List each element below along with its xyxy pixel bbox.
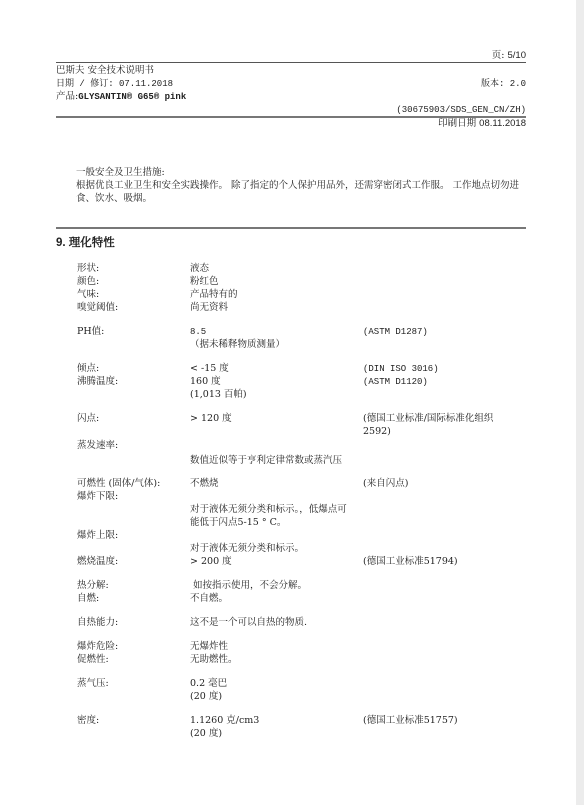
property-value: 数值近似等于亨利定律常数或蒸汽压 <box>190 455 342 467</box>
property-value-note: (20 度) <box>190 691 222 703</box>
property-method: (DIN ISO 3016) <box>363 363 439 375</box>
property-label: 蒸气压: <box>77 678 109 690</box>
property-label: 沸腾温度: <box>77 376 118 388</box>
property-label: 嗅觉阈值: <box>77 302 118 314</box>
property-method: (德国工业标准51794) <box>363 556 458 568</box>
property-value-note: (20 度) <box>190 728 222 740</box>
section-rule <box>56 227 526 229</box>
hygiene-text: 根据优良工业卫生和安全实践操作。 除了指定的个人保护用品外，还需穿密闭式工作服。… <box>76 179 526 205</box>
property-label: 爆炸危险: <box>77 641 118 653</box>
property-value: > 200 度 <box>190 556 232 568</box>
print-date-label: 印刷日期 <box>438 118 476 129</box>
property-value: 粉红色 <box>190 276 219 288</box>
property-value: 1.1260 克/cm3 <box>190 715 259 727</box>
property-value: 无助燃性。 <box>190 654 238 666</box>
property-label: 蒸发速率: <box>77 440 118 452</box>
property-method-cont: 2592) <box>363 426 391 438</box>
property-value: 液态 <box>190 263 209 275</box>
property-value-cont: 能低于闪点5-15 ° C。 <box>190 517 286 529</box>
property-value: 尚无资料 <box>190 302 228 314</box>
document-code: (30675903/SDS_GEN_CN/ZH) <box>330 104 526 116</box>
property-method: (德国工业标准51757) <box>363 715 458 727</box>
property-method: (ASTM D1287) <box>363 326 428 338</box>
page-value: 5/10 <box>508 50 527 61</box>
property-label: 倾点: <box>77 363 99 375</box>
property-label: 形状: <box>77 263 99 275</box>
company-doc-title: 巴斯夫 安全技术说明书 <box>56 65 154 77</box>
property-label: 自热能力: <box>77 617 118 629</box>
property-label: 自燃: <box>77 593 99 605</box>
property-value: 产品特有的 <box>190 289 238 301</box>
property-value: 0.2 毫巴 <box>190 678 227 690</box>
property-value: 160 度 <box>190 376 221 388</box>
property-value: < -15 度 <box>190 363 229 375</box>
property-label: 可燃性 (固体/气体): <box>77 478 160 490</box>
product-name: GLYSANTIN® G65® pink <box>78 92 186 102</box>
property-value: 8.5 <box>190 326 206 338</box>
section-9-title: 9. 理化特性 <box>56 234 115 250</box>
property-label: 爆炸下限: <box>77 491 118 503</box>
print-date-value: 08.11.2018 <box>479 118 526 129</box>
property-value-note: (1,013 百帕) <box>190 389 247 401</box>
property-value: 对于液体无须分类和标示。，低爆点可 <box>190 504 347 516</box>
property-value: 不自燃。 <box>190 593 228 605</box>
property-label: 闪点: <box>77 413 99 425</box>
header-top-rule <box>56 62 526 63</box>
page-label: 页: <box>492 50 505 61</box>
property-label: 密度: <box>77 715 99 727</box>
product-line: 产品:GLYSANTIN® G65® pink <box>56 91 186 103</box>
hygiene-title: 一般安全及卫生措施: <box>76 167 165 179</box>
property-label: 气味: <box>77 289 99 301</box>
property-value-note: （据未稀释物质测量） <box>190 339 285 351</box>
property-value: 对于液体无须分类和标示。 <box>190 543 304 555</box>
property-label: 燃烧温度: <box>77 556 118 568</box>
property-value: 这不是一个可以自热的物质. <box>190 617 307 629</box>
page-number: 页: 5/10 <box>380 50 526 62</box>
version: 版本: 2.0 <box>380 78 526 90</box>
property-method: (ASTM D1120) <box>363 376 428 388</box>
property-label: 热分解: <box>77 580 109 592</box>
document-page: 页: 5/10 巴斯夫 安全技术说明书 日期 / 修订: 07.11.2018 … <box>0 0 576 805</box>
scrollbar-track[interactable] <box>576 0 584 805</box>
property-value: 无爆炸性 <box>190 641 228 653</box>
date-revision: 日期 / 修订: 07.11.2018 <box>56 78 173 90</box>
property-value: 不燃烧 <box>190 478 219 490</box>
product-label: 产品: <box>56 91 78 102</box>
property-value: > 120 度 <box>190 413 232 425</box>
property-label: 促燃性: <box>77 654 109 666</box>
property-method: (德国工业标准/国际标准化组织 <box>363 413 493 425</box>
property-value: 如按指示使用，不会分解。 <box>190 580 307 592</box>
property-method: (来自闪点) <box>363 478 408 490</box>
property-label: 颜色: <box>77 276 99 288</box>
property-label: PH值: <box>77 326 104 338</box>
print-date: 印刷日期 08.11.2018 <box>380 118 526 130</box>
property-label: 爆炸上限: <box>77 530 118 542</box>
